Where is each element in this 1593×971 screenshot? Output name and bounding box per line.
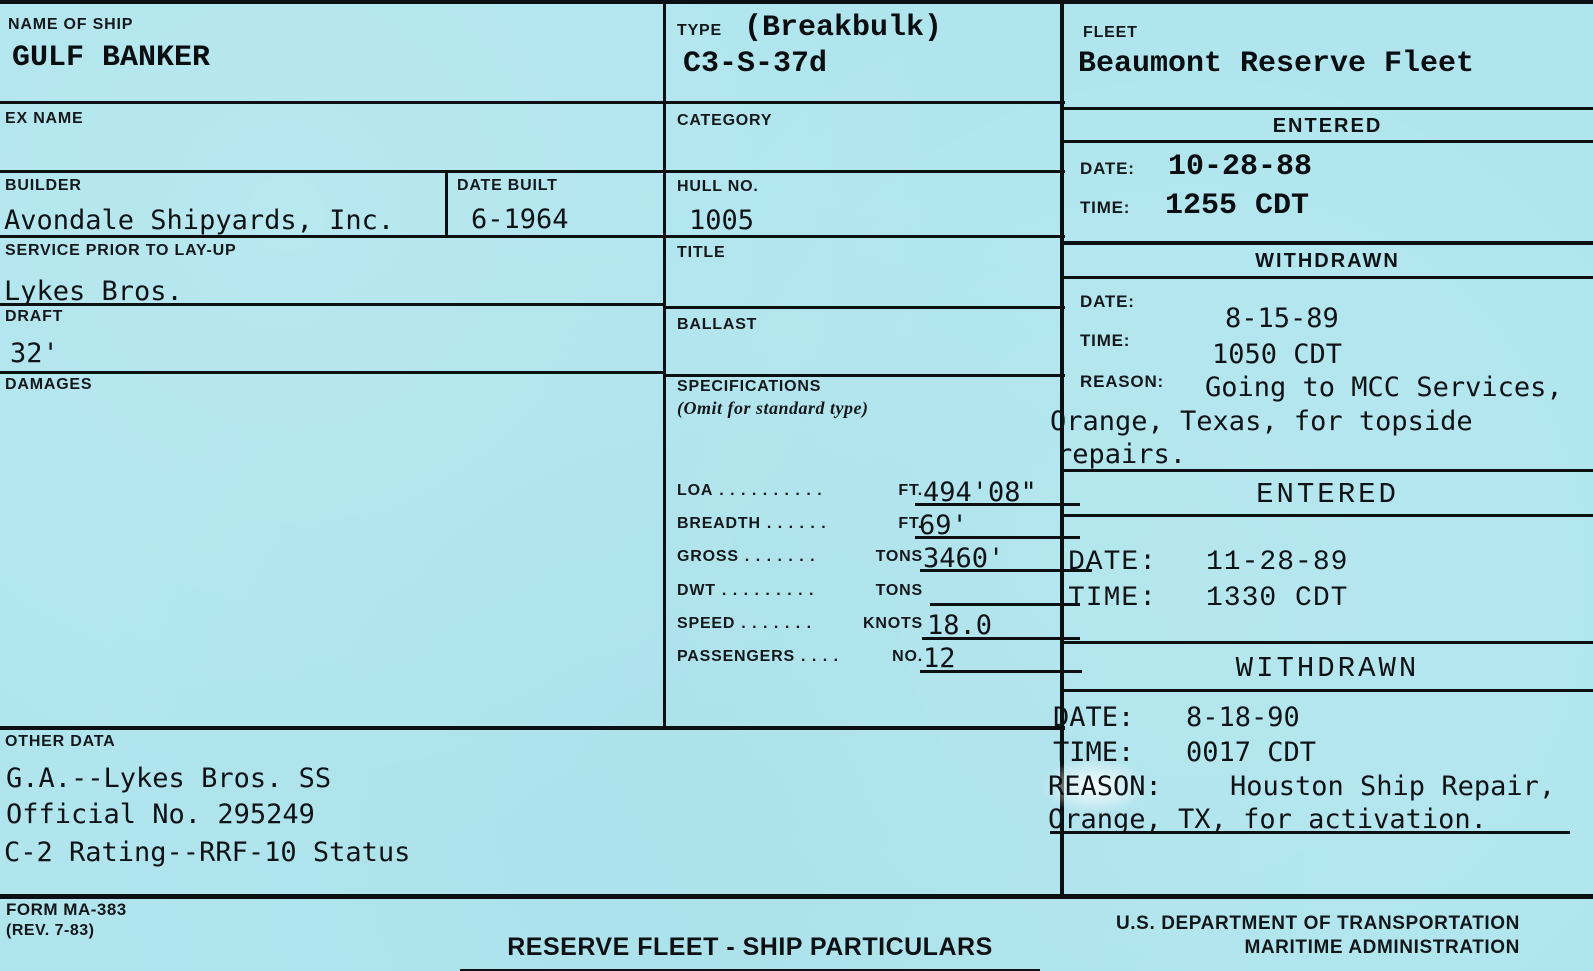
entered1-date-value: 10-28-88 (1168, 151, 1312, 184)
hline-entered1-bottom (1062, 241, 1593, 245)
withdrawn2-date-value: 8-18-90 (1186, 701, 1300, 735)
spec-row-dwt: DWT . . . . . . . . . TONS (677, 582, 1081, 612)
hline-under-ballast-row (665, 374, 1065, 377)
specifications-label: SPECIFICATIONS (677, 378, 821, 396)
hline-under-exname-row (0, 170, 1065, 173)
spec-row-passengers: PASSENGERS . . . . NO. 12 (677, 648, 1081, 678)
name-of-ship-value: GULF BANKER (12, 42, 210, 75)
withdrawn2-reason-line-1: Houston Ship Repair, (1230, 770, 1555, 804)
hline-under-draft-row (0, 371, 665, 374)
service-prior-value: Lykes Bros. (4, 275, 183, 309)
title-label: TITLE (677, 244, 725, 262)
other-data-label: OTHER DATA (5, 733, 116, 751)
withdrawn1-time-value: 1050 CDT (1212, 338, 1342, 372)
spec-breadth-value: 69' (919, 509, 968, 543)
entered1-time-label: TIME: (1080, 198, 1130, 218)
spec-speed-value: 18.0 (927, 609, 992, 643)
other-data-line-1: G.A.--Lykes Bros. SS (6, 762, 331, 796)
border-top (0, 0, 1593, 4)
vline-datebuilt-divider (445, 170, 448, 238)
fleet-value: Beaumont Reserve Fleet (1078, 48, 1474, 81)
spec-gross-name: GROSS (677, 548, 739, 566)
hline-withdrawn1-header-bottom (1062, 276, 1593, 279)
hline-under-title-row (665, 306, 1065, 309)
ship-particulars-card: NAME OF SHIP GULF BANKER EX NAME BUILDER… (0, 0, 1593, 971)
hline-entered2-bottom (1062, 641, 1593, 644)
border-bottom (0, 894, 1593, 899)
hline-right-entered1-top (1062, 107, 1593, 110)
entered2-time-label: TIME: (1068, 582, 1157, 616)
spec-row-breadth: BREADTH . . . . . . FT. 69' (677, 515, 1081, 545)
other-data-line-2: Official No. 295249 (6, 798, 315, 832)
form-revision: (REV. 7-83) (6, 921, 95, 940)
other-data-line-3: C-2 Rating--RRF-10 Status (4, 836, 410, 870)
spec-breadth-leader: . . . . . . (761, 516, 899, 532)
hline-entered2-header-bottom (1062, 514, 1593, 517)
entered1-header: ENTERED (1062, 114, 1593, 138)
spec-loa-leader: . . . . . . . . . . (713, 483, 898, 499)
entered2-date-value: 11-28-89 (1206, 546, 1348, 580)
category-label: CATEGORY (677, 112, 772, 130)
spec-gross-unit: TONS (876, 548, 923, 566)
withdrawn1-header: WITHDRAWN (1062, 249, 1593, 273)
entered1-date-label: DATE: (1080, 159, 1135, 179)
spec-row-gross: GROSS . . . . . . . TONS 3460' (677, 548, 1081, 578)
form-number: MA-383 (63, 900, 126, 919)
entered2-date-label: DATE: (1068, 546, 1157, 580)
specifications-note: (Omit for standard type) (677, 398, 869, 420)
entered1-time-value: 1255 CDT (1165, 190, 1309, 223)
fleet-label: FLEET (1083, 24, 1138, 42)
date-built-value: 6-1964 (471, 203, 569, 237)
hull-no-label: HULL NO. (677, 178, 759, 196)
withdrawn2-header: WITHDRAWN (1062, 652, 1593, 687)
spec-dwt-unit: TONS (876, 582, 923, 600)
spec-passengers-unit: NO. (892, 648, 923, 666)
spec-gross-leader: . . . . . . . (739, 549, 876, 565)
spec-passengers-name: PASSENGERS (677, 648, 795, 666)
type-label: TYPE (677, 22, 722, 40)
spec-loa-name: LOA (677, 482, 713, 500)
service-prior-label: SERVICE PRIOR TO LAY-UP (5, 242, 237, 260)
spec-breadth-name: BREADTH (677, 515, 761, 533)
vline-middle-divider (663, 2, 666, 729)
spec-speed-leader: . . . . . . . (735, 616, 863, 632)
entered2-time-value: 1330 CDT (1206, 582, 1348, 616)
hull-no-value: 1005 (689, 204, 754, 238)
spec-dwt-name: DWT (677, 582, 716, 600)
spec-loa-unit: FT. (898, 482, 923, 500)
withdrawn2-time-value: 0017 CDT (1186, 736, 1316, 770)
withdrawn2-time-label: TIME: (1053, 736, 1134, 770)
form-number-block: FORM MA-383 (6, 900, 127, 920)
ballast-label: BALLAST (677, 316, 757, 334)
hline-above-otherdata (0, 726, 1065, 730)
withdrawn1-reason-line-1: Going to MCC Services, (1205, 371, 1563, 405)
spec-passengers-leader: . . . . (795, 649, 892, 665)
agency-line-1: U.S. DEPARTMENT OF TRANSPORTATION (965, 912, 1520, 936)
name-of-ship-label: NAME OF SHIP (8, 16, 133, 34)
type-value-paren: (Breakbulk) (744, 12, 942, 45)
withdrawn2-reason-label: REASON: (1048, 770, 1162, 804)
ex-name-label: EX NAME (5, 110, 84, 128)
withdrawn1-reason-line-2: Orange, Texas, for topside (1050, 405, 1473, 439)
spec-row-loa: LOA . . . . . . . . . . FT. 494'08" (677, 482, 1081, 512)
agency-line-2: MARITIME ADMINISTRATION (965, 936, 1520, 960)
spec-row-speed: SPEED . . . . . . . KNOTS 18.0 (677, 615, 1081, 645)
spec-dwt-leader: . . . . . . . . . (716, 583, 876, 599)
spec-speed-name: SPEED (677, 615, 735, 633)
withdrawn1-reason-line-3: repairs. (1056, 438, 1186, 472)
hline-entered1-header-bottom (1062, 140, 1593, 143)
form-word: FORM (6, 900, 58, 919)
spec-speed-unit: KNOTS (863, 615, 923, 633)
withdrawn2-reason-line-2: Orange, TX, for activation. (1048, 803, 1487, 837)
withdrawn1-date-label: DATE: (1080, 292, 1135, 312)
draft-value: 32' (10, 337, 59, 371)
damages-label: DAMAGES (5, 376, 92, 394)
card-title: RESERVE FLEET - SHIP PARTICULARS (460, 934, 1040, 971)
hline-under-name-row (0, 101, 1065, 104)
builder-value: Avondale Shipyards, Inc. (4, 204, 394, 238)
withdrawn1-time-label: TIME: (1080, 331, 1130, 351)
hline-withdrawn2-header-bottom (1062, 689, 1593, 692)
withdrawn2-date-label: DATE: (1053, 701, 1134, 735)
builder-label: BUILDER (5, 177, 82, 195)
withdrawn1-reason-label: REASON: (1080, 372, 1164, 392)
date-built-label: DATE BUILT (457, 177, 558, 195)
draft-label: DRAFT (5, 308, 63, 326)
spec-gross-value: 3460' (923, 542, 1004, 576)
type-value: C3-S-37d (683, 48, 827, 81)
withdrawn1-date-value: 8-15-89 (1225, 302, 1339, 336)
entered2-header: ENTERED (1062, 478, 1593, 513)
spec-passengers-value: 12 (923, 642, 956, 676)
spec-loa-value: 494'08" (923, 476, 1037, 510)
